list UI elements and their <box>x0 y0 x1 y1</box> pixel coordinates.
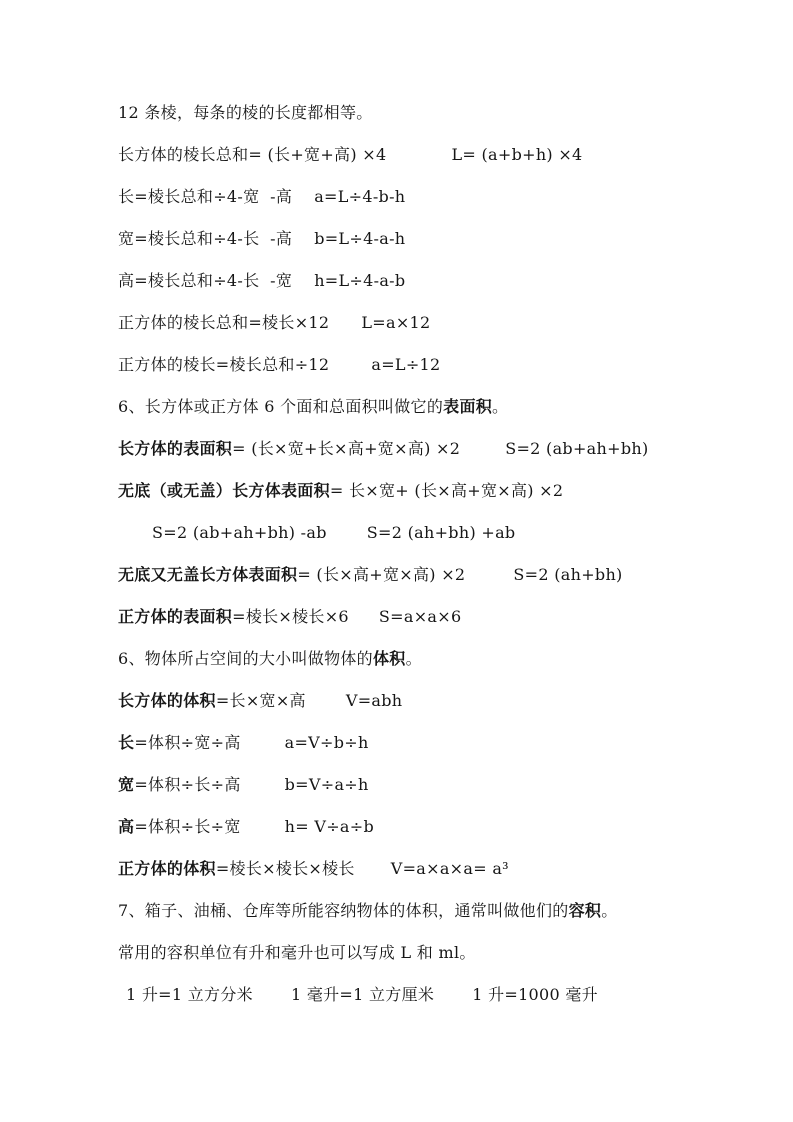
text-line: 正方体的棱长=棱长总和÷12a=L÷12 <box>118 344 698 386</box>
column-gap <box>460 453 505 454</box>
text-segment: 长 <box>118 733 134 752</box>
text-line: 6、物体所占空间的大小叫做物体的体积。 <box>118 638 698 680</box>
text-segment: S=2 (ah+bh) <box>513 565 622 584</box>
text-segment: a=L÷4-b-h <box>314 187 405 206</box>
text-segment: = (长×高+宽×高) ×2 <box>297 565 465 584</box>
text-line: 6、长方体或正方体 6 个面和总面积叫做它的表面积。 <box>118 386 698 428</box>
document-page: 12 条棱，每条的棱的长度都相等。长方体的棱长总和= (长+宽+高) ×4L= … <box>0 0 793 1122</box>
text-segment: 体积 <box>373 649 406 668</box>
text-segment: S=2 (ah+bh) +ab <box>367 523 516 542</box>
column-gap <box>329 327 361 328</box>
text-segment: 正方体的棱长总和=棱长×12 <box>118 313 329 332</box>
text-segment: S=a×a×6 <box>379 607 462 626</box>
text-segment: 正方体的表面积 <box>118 607 232 626</box>
text-segment: =长×宽×高 <box>216 691 306 710</box>
column-gap <box>329 369 371 370</box>
column-gap <box>241 789 285 790</box>
text-segment: =体积÷宽÷高 <box>134 733 240 752</box>
text-line: 正方体的体积=棱长×棱长×棱长V=a×a×a= a³ <box>118 848 698 890</box>
text-segment: 容积 <box>569 901 602 920</box>
text-segment: b=L÷4-a-h <box>314 229 405 248</box>
text-line: 7、箱子、油桶、仓库等所能容纳物体的体积，通常叫做他们的容积。 <box>118 890 698 932</box>
column-gap <box>306 705 346 706</box>
text-line: 宽=体积÷长÷高b=V÷a÷h <box>118 764 698 806</box>
column-gap <box>241 747 285 748</box>
text-segment: 1 升=1000 毫升 <box>472 985 598 1004</box>
text-line: 无底又无盖长方体表面积= (长×高+宽×高) ×2S=2 (ah+bh) <box>118 554 698 596</box>
text-segment: 宽=棱长总和÷4-长 -高 <box>118 229 292 248</box>
text-segment: 12 条棱，每条的棱的长度都相等。 <box>118 103 373 122</box>
text-line: 常用的容积单位有升和毫升也可以写成 L 和 ml。 <box>118 932 698 974</box>
text-line: S=2 (ab+ah+bh) -abS=2 (ah+bh) +ab <box>118 512 698 554</box>
text-line: 长=体积÷宽÷高a=V÷b÷h <box>118 722 698 764</box>
text-segment: 常用的容积单位有升和毫升也可以写成 L 和 ml。 <box>118 943 476 962</box>
text-segment: 1 升=1 立方分米 <box>126 985 253 1004</box>
text-line: 正方体的表面积=棱长×棱长×6S=a×a×6 <box>118 596 698 638</box>
text-segment: 长方体的体积 <box>118 691 216 710</box>
text-segment: S=2 (ab+ah+bh) -ab <box>152 523 327 542</box>
text-segment: 表面积 <box>443 397 492 416</box>
text-segment: = 长×宽+ (长×高+宽×高) ×2 <box>330 481 563 500</box>
text-segment: =棱长×棱长×6 <box>232 607 349 626</box>
text-segment: V=a×a×a= a³ <box>391 859 509 878</box>
column-gap <box>327 537 367 538</box>
text-segment: a=V÷b÷h <box>285 733 369 752</box>
column-gap <box>253 999 291 1000</box>
text-line: 1 升=1 立方分米1 毫升=1 立方厘米1 升=1000 毫升 <box>118 974 698 1016</box>
text-segment: = (长×宽+长×高+宽×高) ×2 <box>232 439 460 458</box>
text-segment: h= V÷a÷b <box>285 817 374 836</box>
column-gap <box>292 243 314 244</box>
text-line: 长方体的表面积= (长×宽+长×高+宽×高) ×2S=2 (ab+ah+bh) <box>118 428 698 470</box>
text-segment: 7、箱子、油桶、仓库等所能容纳物体的体积，通常叫做他们的 <box>118 901 569 920</box>
text-line: 长方体的棱长总和= (长+宽+高) ×4L= (a+b+h) ×4 <box>118 134 698 176</box>
text-segment: 无底又无盖长方体表面积 <box>118 565 297 584</box>
column-gap <box>241 831 285 832</box>
text-segment: 高 <box>118 817 134 836</box>
text-line: 12 条棱，每条的棱的长度都相等。 <box>118 92 698 134</box>
text-line: 高=棱长总和÷4-长 -宽h=L÷4-a-b <box>118 260 698 302</box>
text-line: 长方体的体积=长×宽×高V=abh <box>118 680 698 722</box>
document-content: 12 条棱，每条的棱的长度都相等。长方体的棱长总和= (长+宽+高) ×4L= … <box>118 92 698 1016</box>
text-segment: 1 毫升=1 立方厘米 <box>291 985 434 1004</box>
text-segment: S=2 (ab+ah+bh) <box>505 439 648 458</box>
text-segment: 长方体的棱长总和= (长+宽+高) ×4 <box>118 145 386 164</box>
text-segment: a=L÷12 <box>371 355 440 374</box>
column-gap <box>292 201 314 202</box>
text-segment: =体积÷长÷宽 <box>134 817 240 836</box>
text-line: 高=体积÷长÷宽h= V÷a÷b <box>118 806 698 848</box>
text-line: 长=棱长总和÷4-宽 -高a=L÷4-b-h <box>118 176 698 218</box>
column-gap <box>355 873 391 874</box>
text-segment: 宽 <box>118 775 134 794</box>
text-segment: =棱长×棱长×棱长 <box>216 859 355 878</box>
text-segment: V=abh <box>346 691 403 710</box>
text-segment: 无底（或无盖）长方体表面积 <box>118 481 330 500</box>
text-segment: 高=棱长总和÷4-长 -宽 <box>118 271 292 290</box>
text-line: 无底（或无盖）长方体表面积= 长×宽+ (长×高+宽×高) ×2 <box>118 470 698 512</box>
text-segment: 长方体的表面积 <box>118 439 232 458</box>
text-segment: L=a×12 <box>361 313 430 332</box>
column-gap <box>434 999 472 1000</box>
text-line: 正方体的棱长总和=棱长×12L=a×12 <box>118 302 698 344</box>
text-segment: 6、物体所占空间的大小叫做物体的 <box>118 649 373 668</box>
column-gap <box>386 159 451 160</box>
column-gap <box>292 285 314 286</box>
text-segment: =体积÷长÷高 <box>134 775 240 794</box>
text-segment: 正方体的棱长=棱长总和÷12 <box>118 355 329 374</box>
column-gap <box>349 621 379 622</box>
text-segment: 。 <box>492 397 508 416</box>
text-line: 宽=棱长总和÷4-长 -高b=L÷4-a-h <box>118 218 698 260</box>
column-gap <box>465 579 513 580</box>
text-segment: 。 <box>601 901 617 920</box>
text-segment: L= (a+b+h) ×4 <box>451 145 582 164</box>
text-segment: h=L÷4-a-b <box>314 271 405 290</box>
text-segment: 。 <box>406 649 422 668</box>
text-segment: 长=棱长总和÷4-宽 -高 <box>118 187 292 206</box>
text-segment: 正方体的体积 <box>118 859 216 878</box>
text-segment: b=V÷a÷h <box>285 775 369 794</box>
text-segment: 6、长方体或正方体 6 个面和总面积叫做它的 <box>118 397 443 416</box>
